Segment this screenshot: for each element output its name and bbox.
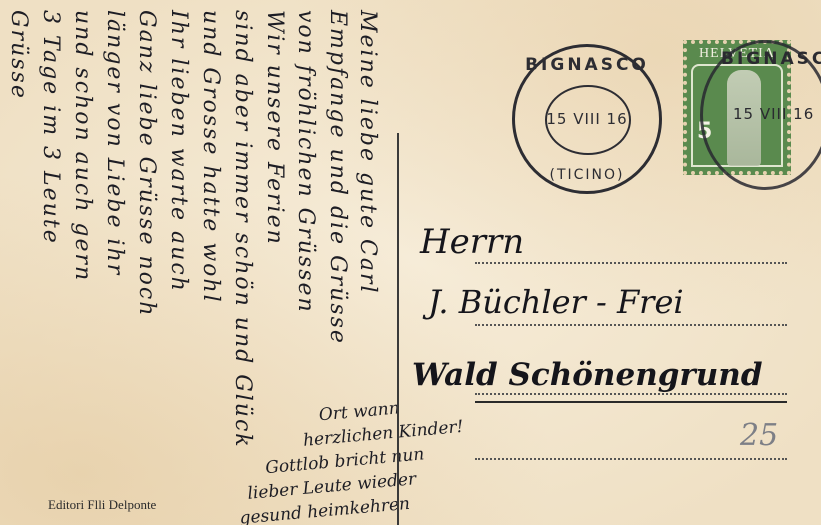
address-dotted-line <box>475 324 787 326</box>
address-salutation: Herrn <box>420 222 524 262</box>
publisher-imprint: Editori Flli Delponte <box>48 497 156 513</box>
message-line: 3 Tage im 3 Leute <box>38 10 63 245</box>
message-line: und schon auch gern <box>70 10 95 282</box>
address-dotted-line <box>475 458 787 460</box>
address-dotted-line <box>475 262 787 264</box>
message-line: Empfange und die Grüsse <box>325 10 350 345</box>
postmark-date: 15 VIII 16 <box>515 110 659 128</box>
message-line: von fröhlichen Grüssen <box>293 10 318 314</box>
postmark-town: BIGNASCO <box>515 55 659 75</box>
message-line: Wir unsere Ferien <box>262 10 287 246</box>
message-line: sind aber immer schön und Glück <box>230 10 255 449</box>
postmark-town: BIGNASCO <box>721 49 821 69</box>
postmark-canton: (TICINO) <box>515 167 659 183</box>
postcard: Meine liebe gute Carl Empfange und die G… <box>0 0 821 525</box>
postmark-date: 15 VIII 16 <box>733 105 814 123</box>
message-line: und Grosse hatte wohl <box>198 10 223 304</box>
handwritten-message-diagonal: Ort wann herzlichen Kinder! Gottlob bric… <box>300 391 471 525</box>
address-name: J. Büchler - Frei <box>428 283 684 321</box>
address-location: Wald Schönengrund <box>412 357 763 393</box>
message-line: länger von Liebe ihr <box>102 10 127 276</box>
message-line: Grüsse <box>6 10 31 100</box>
pencil-note: 25 <box>740 418 778 453</box>
message-line: Ganz liebe Grüsse noch <box>134 10 159 317</box>
postmark-main: BIGNASCO 15 VIII 16 (TICINO) <box>512 44 662 194</box>
postmark-on-stamp: BIGNASCO 15 VIII 16 <box>700 40 821 190</box>
address-dotted-line <box>475 393 787 395</box>
message-line: Meine liebe gute Carl <box>355 10 380 295</box>
center-divider <box>397 133 399 525</box>
message-line: Ihr lieben warte auch <box>166 10 191 293</box>
address-underline <box>475 401 787 403</box>
